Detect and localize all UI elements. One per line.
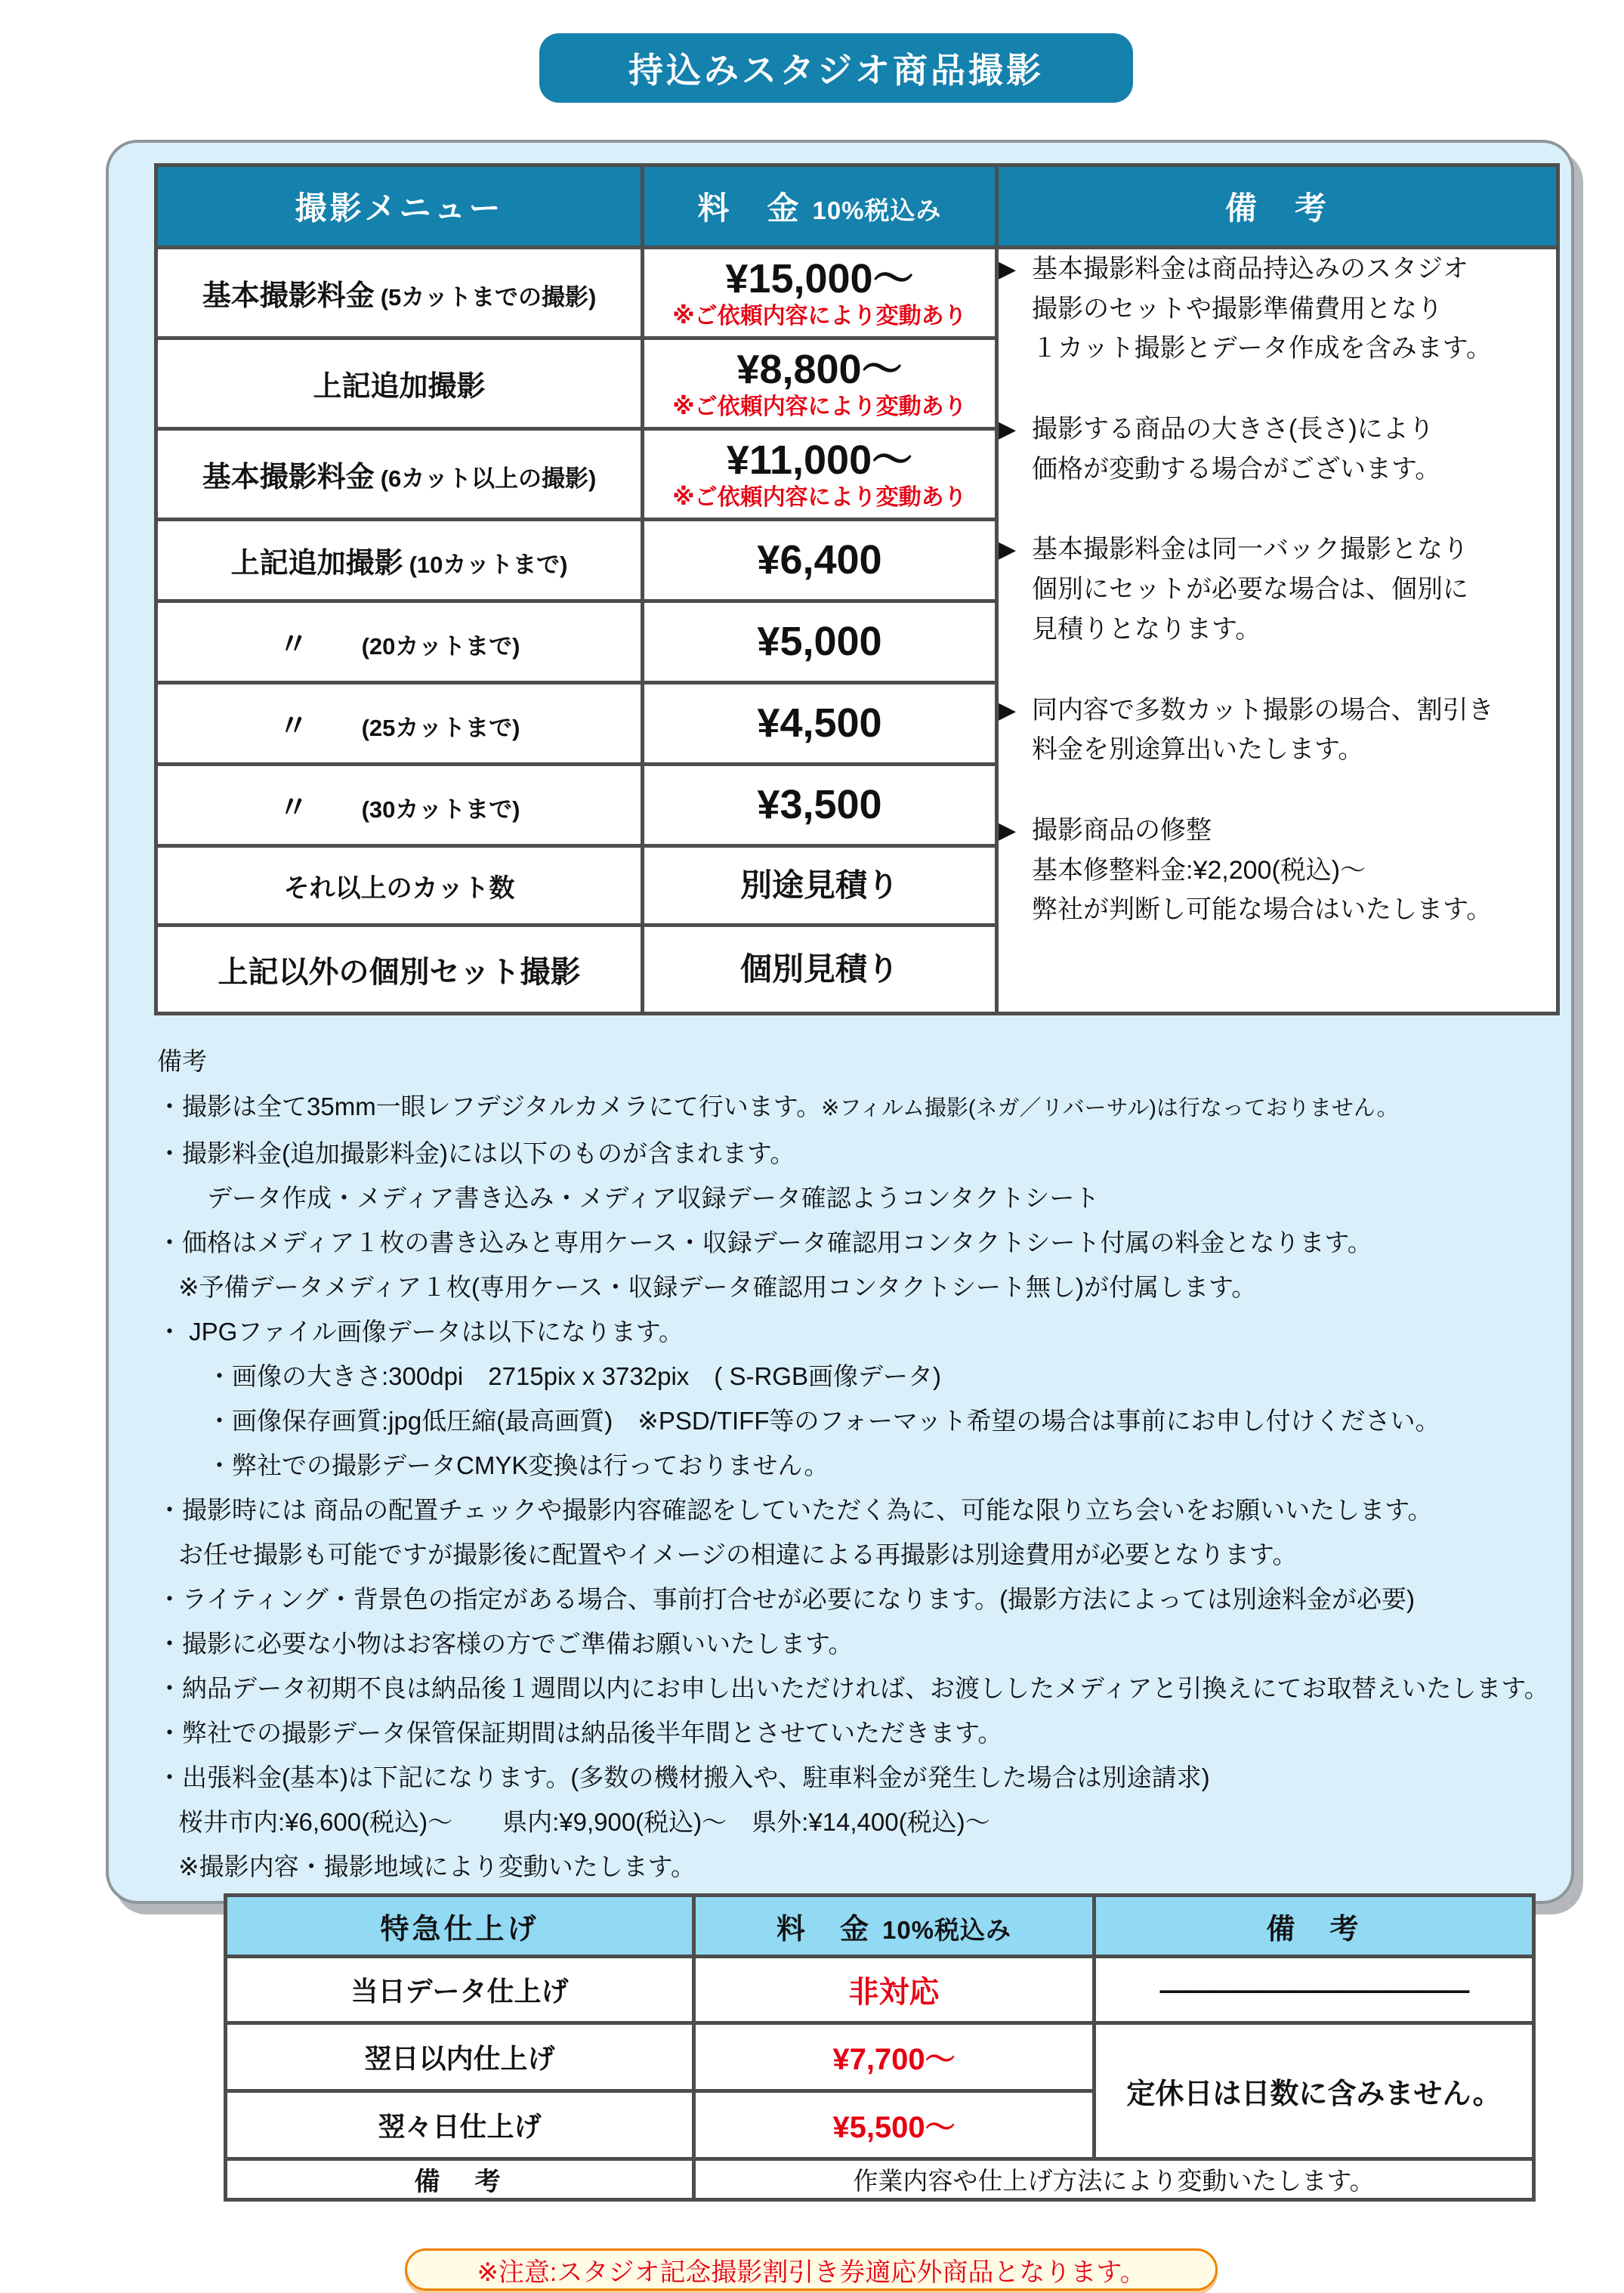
table-row: 備 考 作業内容や仕上げ方法により変動いたします。 — [226, 2159, 1534, 2200]
menu-paren: (6カット以上の撮影) — [381, 465, 597, 492]
notes-line: ・撮影料金(追加撮影料金)には以下のものが含まれます。 — [157, 1131, 1526, 1176]
menu-cell: 基本撮影料金(5カットまでの撮影) — [156, 248, 643, 338]
price-value: ¥11,000〜 — [644, 437, 995, 484]
col-header-express-price: 料 金10%税込み — [694, 1896, 1095, 1957]
notes-line: ・納品データ初期不良は納品後１週間以内にお申し出いただければ、お渡ししたメディア… — [157, 1666, 1526, 1710]
price-value: ¥4,500 — [644, 700, 995, 746]
price-value: 個別見積り — [644, 951, 995, 987]
express-price: 非対応 — [694, 1957, 1095, 2023]
page-title: 持込みスタジオ商品撮影 — [628, 43, 1044, 93]
remark-block: ▶ 撮影商品の修整 基本修整料金:¥2,200(税込)〜 弊社が判断し可能な場合… — [999, 811, 1556, 930]
table-row: 当日データ仕上げ 非対応 ———————————— — [226, 1957, 1534, 2023]
price-cell: ¥6,400 — [643, 520, 997, 601]
notes-line: ※撮影内容・撮影地域により変動いたします。 — [157, 1844, 1526, 1889]
express-remarks-label: 備 考 — [226, 2159, 694, 2200]
col-header-tax-label: 10%税込み — [812, 196, 941, 224]
notes-title: 備考 — [157, 1039, 1526, 1084]
menu-label: 基本撮影料金 — [202, 280, 375, 312]
express-header-row: 特急仕上げ 料 金10%税込み 備 考 — [226, 1896, 1534, 1957]
col-header-menu: 撮影メニュー — [156, 165, 643, 248]
remark-block: ▶ 基本撮影料金は商品持込みのスタジオ 撮影のセットや撮影準備費用となり １カッ… — [999, 249, 1556, 369]
col-header-express: 特急仕上げ — [226, 1896, 694, 1957]
table-row: 基本撮影料金(5カットまでの撮影) ¥15,000〜 ※ご依頼内容により変動あり… — [156, 248, 1558, 338]
menu-paren: (5カットまでの撮影) — [381, 284, 597, 311]
express-service: 翌日以内仕上げ — [226, 2023, 694, 2091]
notes-line: ・撮影は全て35mm一眼レフデジタルカメラにて行います。※フィルム撮影(ネガ／リ… — [157, 1084, 1526, 1131]
menu-label: それ以上のカット数 — [284, 874, 515, 903]
price-cell: ¥8,800〜 ※ご依頼内容により変動あり — [643, 338, 997, 429]
express-price: ¥7,700〜 — [694, 2023, 1095, 2091]
express-table: 特急仕上げ 料 金10%税込み 備 考 当日データ仕上げ 非対応 ———————… — [224, 1893, 1536, 2202]
notes-line: お任せ撮影も可能ですが撮影後に配置やイメージの相違による再撮影は別途費用が必要と… — [157, 1532, 1526, 1577]
page-title-badge: 持込みスタジオ商品撮影 — [539, 33, 1133, 103]
col-header-price: 料 金10%税込み — [643, 165, 997, 248]
triangle-bullet-icon: ▶ — [999, 814, 1016, 849]
menu-cell: 基本撮影料金(6カット以上の撮影) — [156, 429, 643, 520]
express-holiday-note: 定休日は日数に含みません。 — [1095, 2023, 1534, 2159]
remark-block: ▶ 同内容で多数カット撮影の場合、割引き 料金を別途算出いたします。 — [999, 691, 1556, 770]
menu-label: 上記追加撮影 — [313, 371, 485, 403]
triangle-bullet-icon: ▶ — [999, 533, 1016, 568]
menu-cell: 〃(30カットまで) — [156, 765, 643, 846]
notes-section: 備考 ・撮影は全て35mm一眼レフデジタルカメラにて行います。※フィルム撮影(ネ… — [157, 1039, 1526, 1889]
remark-text: 撮影する商品の大きさ(長さ)により 価格が変動する場合がございます。 — [1032, 409, 1556, 489]
pricing-table-header-row: 撮影メニュー 料 金10%税込み 備 考 — [156, 165, 1558, 248]
notes-line: ・撮影に必要な小物はお客様の方でご準備お願いいたします。 — [157, 1621, 1526, 1666]
notes-line: データ作成・メディア書き込み・メディア収録データ確認ようコンタクトシート — [157, 1176, 1526, 1220]
express-price-label: 料 金 — [776, 1914, 872, 1945]
pricing-table: 撮影メニュー 料 金10%税込み 備 考 基本撮影料金(5カットまでの撮影) ¥… — [154, 163, 1560, 1015]
triangle-bullet-icon: ▶ — [999, 694, 1016, 729]
price-cell: 個別見積り — [643, 926, 997, 1014]
notes-line: 桜井市内:¥6,600(税込)〜 県内:¥9,900(税込)〜 県外:¥14,4… — [157, 1800, 1526, 1844]
remark-text: 基本撮影料金は商品持込みのスタジオ 撮影のセットや撮影準備費用となり １カット撮… — [1032, 249, 1556, 369]
price-cell: ¥4,500 — [643, 683, 997, 765]
notes-line: ・撮影時には 商品の配置チェックや撮影内容確認をしていただく為に、可能な限り立ち… — [157, 1488, 1526, 1532]
notes-line: ・画像の大きさ:300dpi 2715pix x 3732pix ( S-RGB… — [157, 1354, 1526, 1398]
col-header-remarks: 備 考 — [997, 165, 1558, 248]
menu-label: 上記追加撮影 — [231, 548, 403, 579]
price-value: ¥6,400 — [644, 536, 995, 583]
express-remarks-note: 作業内容や仕上げ方法により変動いたします。 — [694, 2159, 1534, 2200]
triangle-bullet-icon: ▶ — [999, 252, 1016, 288]
price-note: ※ご依頼内容により変動あり — [644, 394, 995, 421]
notes-line: ・出張料金(基本)は下記になります。(多数の機材搬入や、駐車料金が発生した場合は… — [157, 1755, 1526, 1800]
menu-paren: (25カットまで) — [362, 715, 520, 741]
col-header-express-remarks: 備 考 — [1095, 1896, 1534, 1957]
express-note-dash: ———————————— — [1095, 1957, 1534, 2023]
express-service: 当日データ仕上げ — [226, 1957, 694, 2023]
price-note: ※ご依頼内容により変動あり — [644, 484, 995, 511]
price-note: ※ご依頼内容により変動あり — [644, 303, 995, 330]
main-panel: 撮影メニュー 料 金10%税込み 備 考 基本撮影料金(5カットまでの撮影) ¥… — [106, 140, 1574, 1904]
price-value: ¥3,500 — [644, 781, 995, 828]
menu-cell: 〃(20カットまで) — [156, 601, 643, 683]
ditto-mark: 〃 — [279, 709, 309, 743]
menu-label: 上記以外の個別セット撮影 — [218, 956, 581, 989]
notes-line: ・ JPGファイル画像データは以下になります。 — [157, 1309, 1526, 1354]
express-tax-label: 10%税込み — [882, 1916, 1011, 1944]
notes-line: ・弊社での撮影データCMYK変換は行っておりません。 — [157, 1443, 1526, 1488]
menu-cell: それ以上のカット数 — [156, 846, 643, 926]
menu-cell: 上記追加撮影(10カットまで) — [156, 520, 643, 601]
menu-paren: (30カットまで) — [362, 796, 520, 823]
express-service: 翌々日仕上げ — [226, 2091, 694, 2159]
menu-paren: (20カットまで) — [362, 633, 520, 660]
notes-line: ・価格はメディア１枚の書き込みと専用ケース・収録データ確認用コンタクトシート付属… — [157, 1220, 1526, 1265]
col-header-price-label: 料 金 — [697, 190, 801, 226]
price-cell: ¥3,500 — [643, 765, 997, 846]
remark-text: 基本撮影料金は同一バック撮影となり 個別にセットが必要な場合は、個別に 見積りと… — [1032, 530, 1556, 649]
express-price: ¥5,500〜 — [694, 2091, 1095, 2159]
price-sheet-page: { "colors": { "teal": "#1581ad", "panel-… — [0, 0, 1624, 2293]
price-cell: ¥15,000〜 ※ご依頼内容により変動あり — [643, 248, 997, 338]
caution-note-text: ※注意:スタジオ記念撮影割引き券適応外商品となります。 — [477, 2251, 1145, 2288]
price-cell: ¥11,000〜 ※ご依頼内容により変動あり — [643, 429, 997, 520]
remark-block: ▶ 基本撮影料金は同一バック撮影となり 個別にセットが必要な場合は、個別に 見積… — [999, 530, 1556, 649]
menu-label: 基本撮影料金 — [202, 462, 375, 493]
ditto-mark: 〃 — [279, 791, 309, 824]
remark-text: 同内容で多数カット撮影の場合、割引き 料金を別途算出いたします。 — [1032, 691, 1556, 770]
price-value: ¥15,000〜 — [644, 255, 995, 302]
triangle-bullet-icon: ▶ — [999, 413, 1016, 448]
notes-line: ・画像保存画質:jpg低圧縮(最高画質) ※PSD/TIFF等のフォーマット希望… — [157, 1398, 1526, 1443]
price-value: 別途見積り — [644, 867, 995, 904]
price-cell: 別途見積り — [643, 846, 997, 926]
notes-line: ・弊社での撮影データ保管保証期間は納品後半年間とさせていただきます。 — [157, 1710, 1526, 1755]
notes-line: ※予備データメディア１枚(専用ケース・収録データ確認用コンタクトシート無し)が付… — [157, 1265, 1526, 1309]
caution-note-box: ※注意:スタジオ記念撮影割引き券適応外商品となります。 — [405, 2248, 1218, 2291]
menu-cell: 上記以外の個別セット撮影 — [156, 926, 643, 1014]
price-cell: ¥5,000 — [643, 601, 997, 683]
menu-paren: (10カットまで) — [409, 552, 568, 578]
price-value: ¥8,800〜 — [644, 346, 995, 393]
menu-cell: 〃(25カットまで) — [156, 683, 643, 765]
notes-line: ・ライティング・背景色の指定がある場合、事前打合せが必要になります。(撮影方法に… — [157, 1577, 1526, 1621]
ditto-mark: 〃 — [279, 628, 309, 661]
table-row: 翌日以内仕上げ ¥7,700〜 定休日は日数に含みません。 — [226, 2023, 1534, 2091]
remarks-cell: ▶ 基本撮影料金は商品持込みのスタジオ 撮影のセットや撮影準備費用となり １カッ… — [997, 248, 1558, 1014]
remark-block: ▶ 撮影する商品の大きさ(長さ)により 価格が変動する場合がございます。 — [999, 409, 1556, 489]
price-value: ¥5,000 — [644, 618, 995, 665]
remark-text: 撮影商品の修整 基本修整料金:¥2,200(税込)〜 弊社が判断し可能な場合はい… — [1032, 811, 1556, 930]
menu-cell: 上記追加撮影 — [156, 338, 643, 429]
